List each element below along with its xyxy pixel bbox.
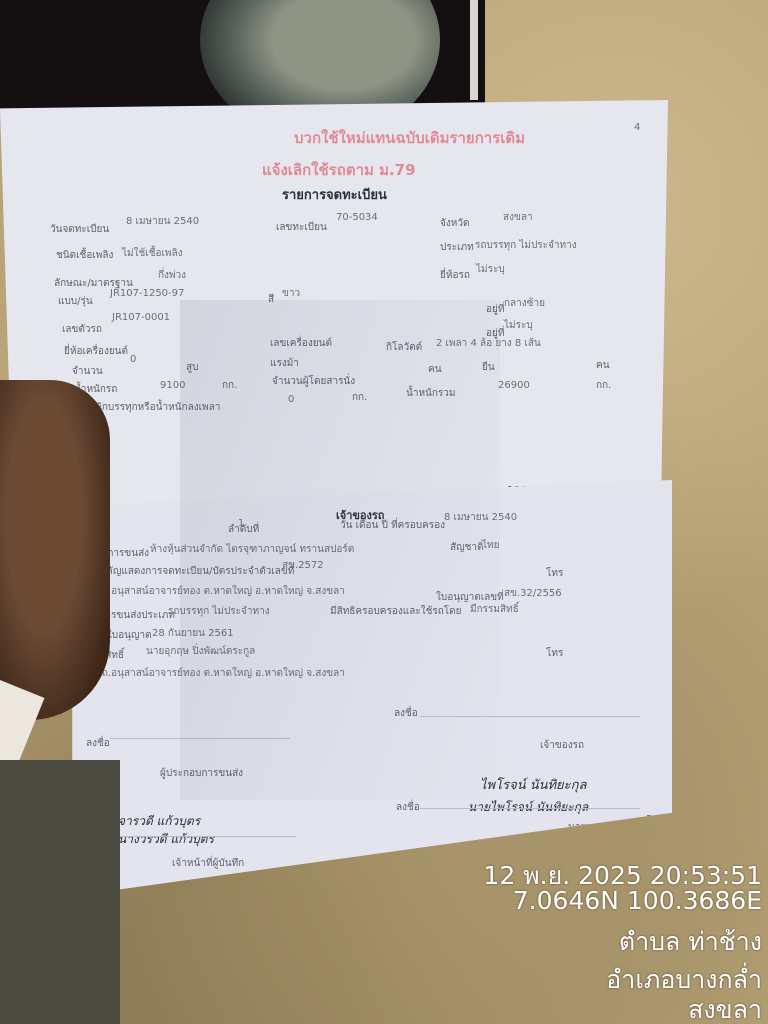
officer-signature: จารวดี แก้วบุตร	[118, 812, 200, 831]
registrar-signature: ไพโรจน์ นันทิยะกุล	[480, 774, 587, 795]
order-number: 1	[238, 518, 244, 529]
reg-date-label: วันจดทะเบียน	[50, 222, 109, 237]
color: ขาว	[282, 286, 300, 301]
possession-date-label: วัน เดือน ปี ที่ครอบครอง	[340, 518, 445, 533]
cylinders-label: จำนวน	[72, 364, 103, 379]
phone-label-owner: โทร	[546, 646, 563, 661]
cylinders: 0	[130, 354, 136, 365]
machinery-part	[0, 760, 120, 1024]
possession-date: 8 เมษายน 2540	[444, 510, 517, 525]
owner-name: นายอุกฤษ ปิ่งพัฒน์ตระกูล	[146, 644, 255, 659]
possession-right: มีกรรมสิทธิ์	[470, 602, 519, 617]
load-weight: 0	[288, 394, 294, 405]
stamp-line-2: แจ้งเลิกใช้รถตาม ม.79	[262, 158, 416, 182]
kg-unit-3: กก.	[596, 378, 611, 393]
truck-frame	[470, 0, 478, 100]
fuel-label: ชนิดเชื้อเพลิง	[56, 248, 113, 263]
plate-number: 70-5034	[336, 212, 378, 223]
color-label: สี	[268, 292, 274, 307]
page-number-top: 4	[634, 122, 640, 133]
overlay-coordinates: 7.0646N 100.3686E	[513, 886, 762, 915]
vehicle-type: รถบรรทุก ไม่ประจำทาง	[475, 238, 577, 253]
kilowatt-label: กิโลวัตต์	[386, 340, 422, 355]
kg-unit-2: กก.	[352, 390, 367, 405]
passengers-label: จำนวนผู้โดยสารนั่ง	[272, 374, 355, 389]
axle-position-2: ไม่ระบุ	[504, 318, 533, 333]
officer-name-handwritten: นางวรวดี แก้วบุตร	[118, 830, 214, 849]
cylinders-unit: สูบ	[186, 360, 198, 375]
model-label: แบบ/รุ่น	[58, 294, 93, 309]
persons-unit-standing: คน	[596, 358, 610, 373]
horsepower-label: แรงม้า	[270, 356, 299, 371]
standing-label: ยืน	[482, 360, 495, 375]
total-weight-label: น้ำหนักรวม	[406, 386, 456, 401]
officer-role: เจ้าหน้าที่ผู้บันทึก	[172, 856, 244, 871]
vehicle-weight: 9100	[160, 380, 185, 391]
axle-position-1: กลางซ้าย	[504, 296, 545, 311]
engine-number-label: เลขเครื่องยนต์	[270, 336, 332, 351]
hand-holding-document	[0, 380, 110, 720]
fuel: ไม่ใช้เชื้อเพลิง	[122, 246, 183, 261]
operator-role: ผู้ประกอบการขนส่ง	[160, 766, 243, 781]
stamp-line-1: บวกใช้ใหม่แทนฉบับเดิมรายการเดิม	[294, 126, 525, 150]
overlay-subdistrict: ตำบล ท่าช้าง	[619, 922, 762, 962]
reg-date: 8 เมษายน 2540	[126, 214, 199, 229]
brand: ไม่ระบุ	[476, 262, 505, 277]
signature-line-registrar	[420, 808, 640, 809]
plate-label: เลขทะเบียน	[276, 220, 327, 235]
operator-name: ห้างหุ้นส่วนจำกัด ไตรจุฑาภาญจน์ ทรานสปอร…	[150, 542, 354, 557]
signature-line-owner	[420, 716, 640, 717]
id-document-number: สข.2572	[282, 558, 324, 573]
transport-type: รถบรรทุก ไม่ประจำทาง	[168, 604, 270, 619]
body-type: กึ่งพ่วง	[158, 268, 186, 283]
axles-wheels: 2 เพลา 4 ล้อ ยาง 8 เส้น	[436, 336, 541, 351]
overlay-province: สงขลา	[688, 990, 762, 1024]
signature-line-officer	[116, 836, 296, 837]
chassis-number: JR107-0001	[112, 312, 170, 323]
owner-address: 75 ถ.อนุสาสน์อาจารย์ทอง ต.หาดใหญ่ อ.หาดใ…	[86, 666, 345, 681]
signature-line-operator	[110, 738, 290, 739]
province-label: จังหวัด	[440, 216, 469, 231]
model: JR107-1250-97	[110, 288, 184, 299]
sign-label-registrar: ลงชื่อ	[396, 800, 420, 815]
province: สงขลา	[503, 210, 533, 225]
type-label: ประเภท	[440, 240, 474, 255]
engine-brand-label: ยี่ห้อเครื่องยนต์	[64, 344, 128, 359]
axle-position-label-1: อยู่ที่	[486, 302, 504, 317]
section-title-registration: รายการจดทะเบียน	[282, 184, 387, 205]
license-expiry: 28 กันยายน 2561	[152, 626, 234, 641]
sign-label-operator: ลงชื่อ	[86, 736, 110, 751]
nationality-label: สัญชาติ	[450, 540, 484, 555]
owner-role: เจ้าของรถ	[540, 738, 584, 753]
kg-unit-1: กก.	[222, 378, 237, 393]
total-weight: 26900	[498, 380, 530, 391]
operator-address: 75 ถ.อนุสาสน์อาจารย์ทอง ต.หาดใหญ่ อ.หาดใ…	[86, 584, 345, 599]
nationality: ไทย	[482, 538, 499, 553]
license-number: สข.32/2556	[504, 586, 562, 601]
persons-unit-seated: คน	[428, 362, 442, 377]
possession-right-label: มีสิทธิครอบครองและใช้รถโดย	[330, 604, 462, 619]
chassis-label: เลขตัวรถ	[62, 322, 102, 337]
brand-label: ยี่ห้อรถ	[440, 268, 470, 283]
sign-label-owner: ลงชื่อ	[394, 706, 418, 721]
phone-label-operator: โทร	[546, 566, 563, 581]
